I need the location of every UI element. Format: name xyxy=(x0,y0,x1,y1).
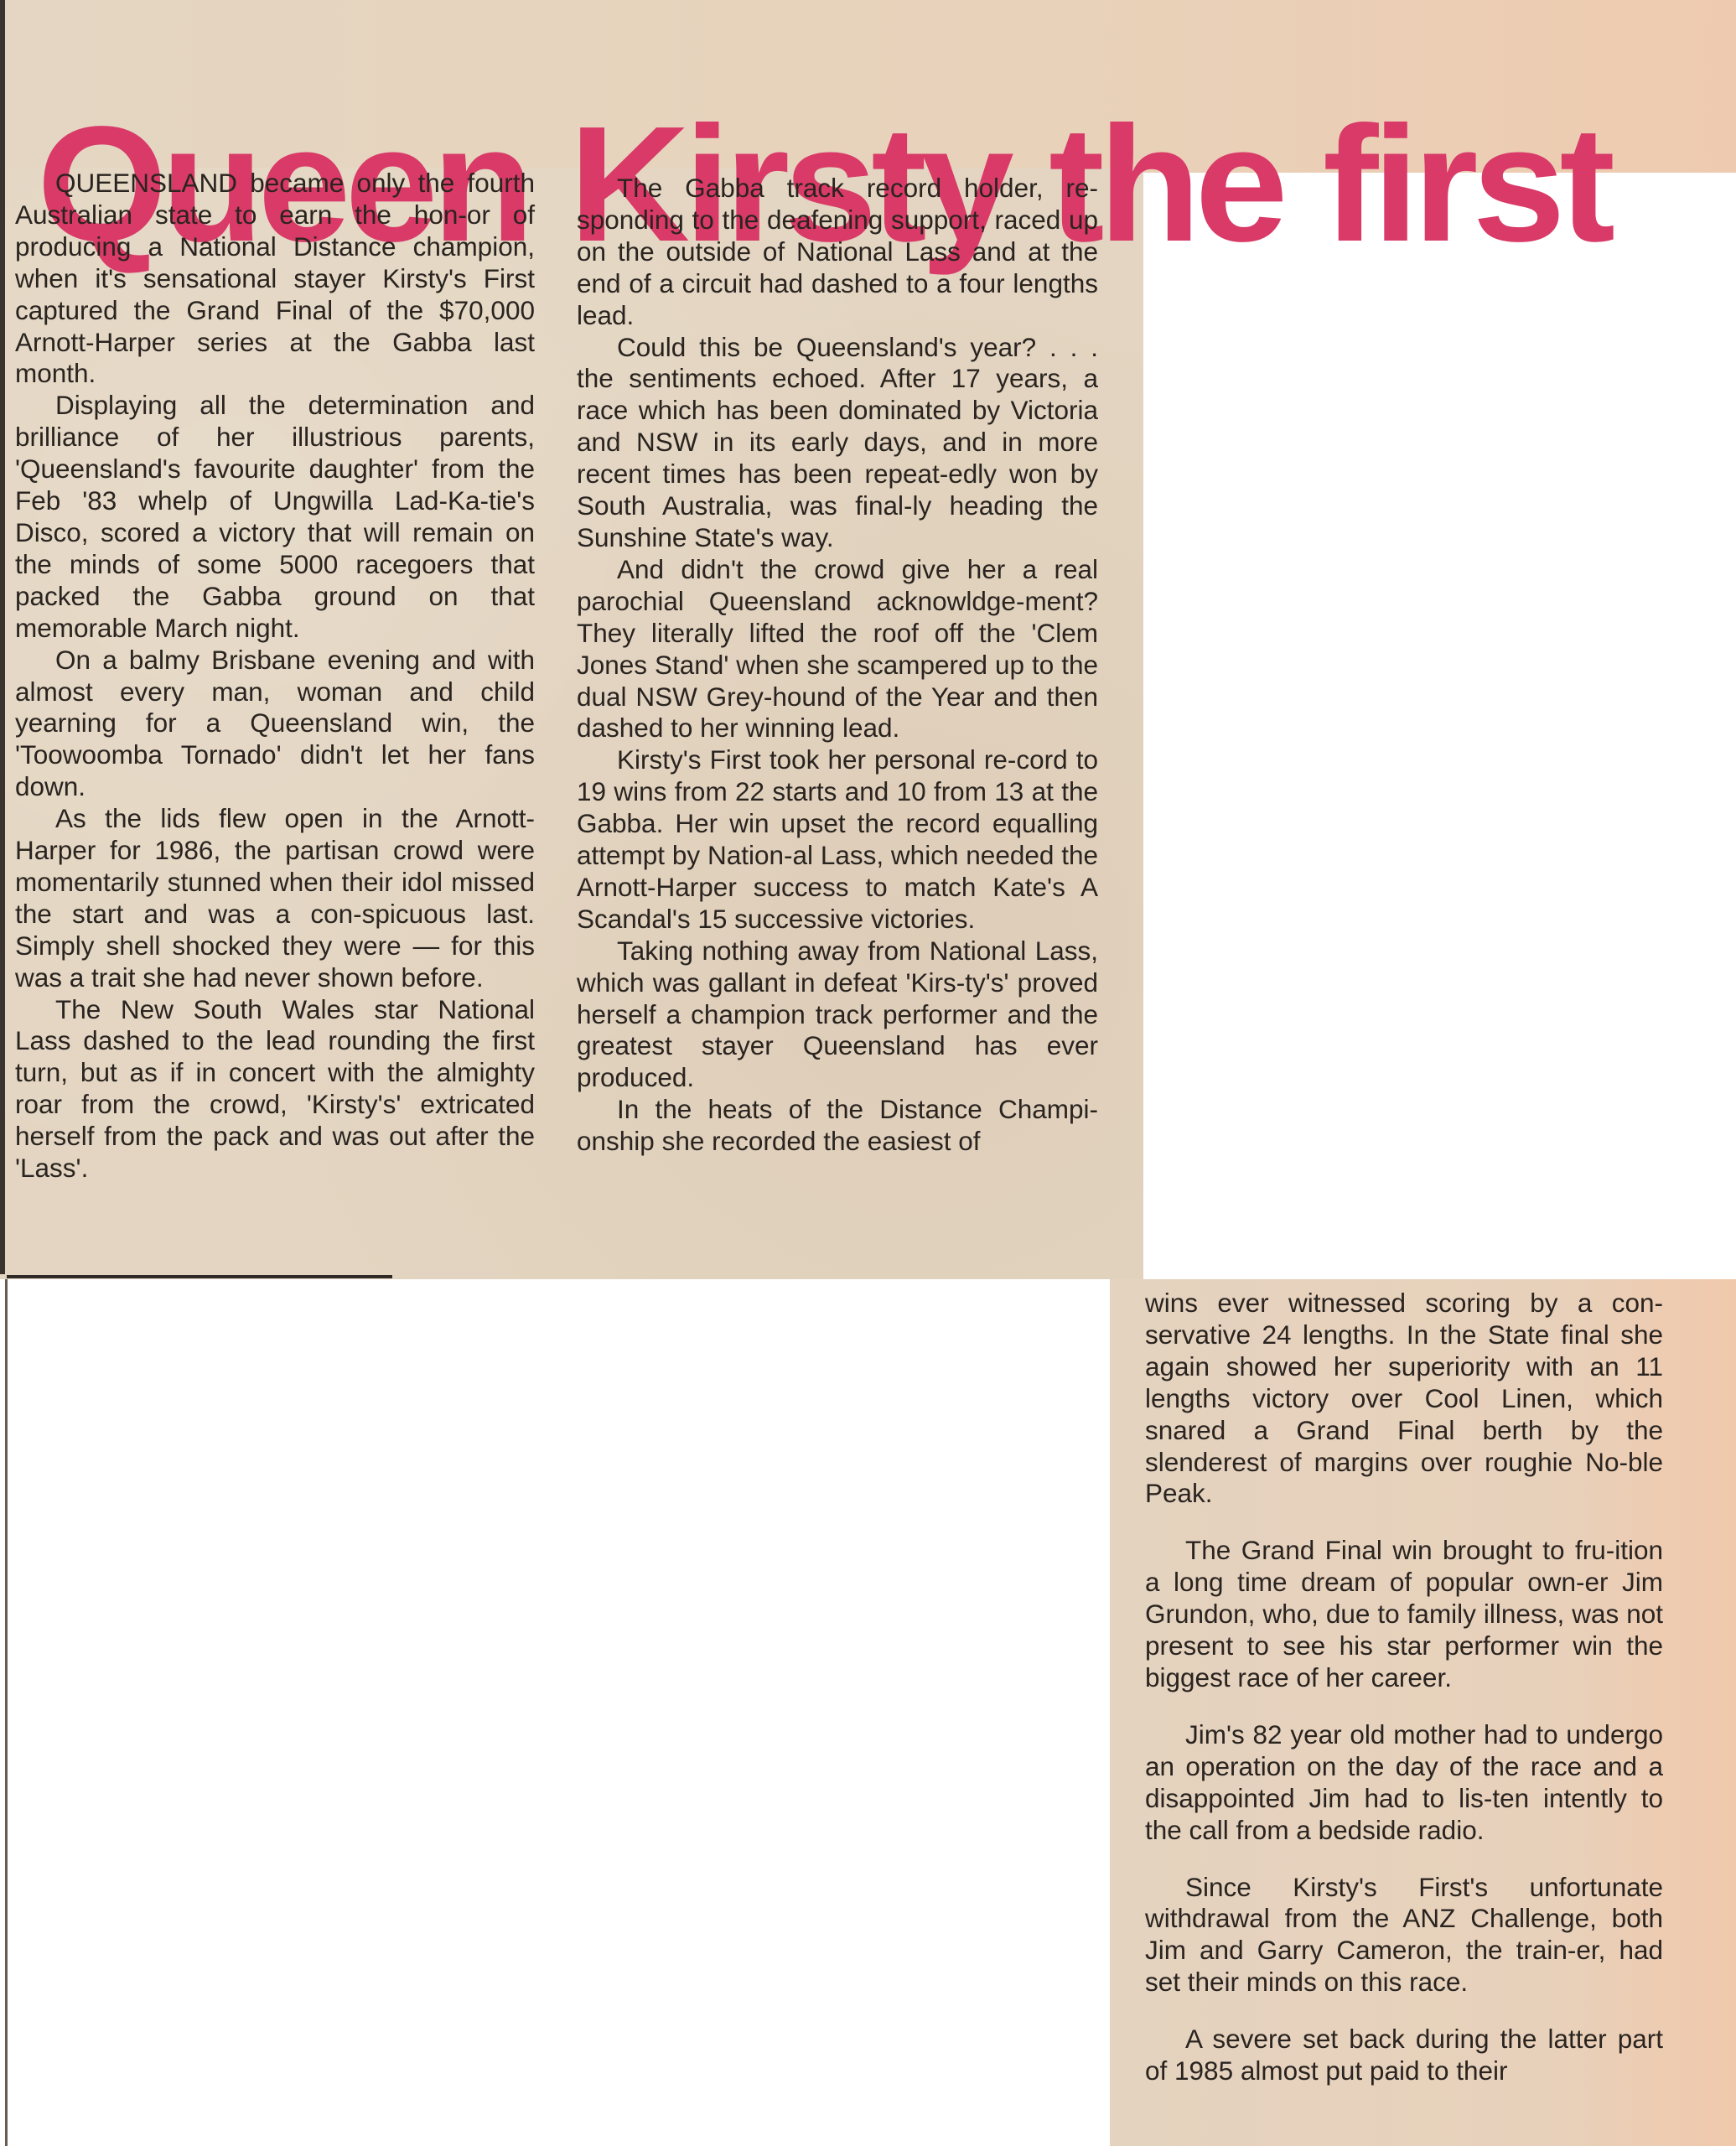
article-column-1: QUEENSLAND became only the fourth Austra… xyxy=(15,168,535,1184)
column-end-rule xyxy=(7,1275,392,1278)
paragraph: Could this be Queensland's year? . . . t… xyxy=(577,332,1098,554)
paragraph: QUEENSLAND became only the fourth Austra… xyxy=(15,168,535,390)
paragraph: On a balmy Brisbane evening and with alm… xyxy=(15,645,535,804)
paragraph: As the lids flew open in the Arnott-Harp… xyxy=(15,803,535,993)
left-border-rule-lower xyxy=(5,1279,8,2146)
paragraph: And didn't the crowd give her a real par… xyxy=(577,554,1098,744)
article-column-3: wins ever witnessed scoring by a con-ser… xyxy=(1145,1288,1663,2112)
article-column-2: The Gabba track record holder, re-spondi… xyxy=(577,173,1098,1158)
left-border-rule xyxy=(0,0,5,1274)
paragraph: The New South Wales star National Lass d… xyxy=(15,994,535,1184)
paragraph: The Gabba track record holder, re-spondi… xyxy=(577,173,1098,332)
paragraph: Displaying all the determination and bri… xyxy=(15,390,535,644)
paragraph: Since Kirsty's First's unfortunate withd… xyxy=(1145,1872,1663,1999)
paragraph: A severe set back during the latter part… xyxy=(1145,2024,1663,2087)
paragraph: Kirsty's First took her personal re-cord… xyxy=(577,744,1098,935)
paragraph: Jim's 82 year old mother had to undergo … xyxy=(1145,1719,1663,1847)
paragraph: The Grand Final win brought to fru-ition… xyxy=(1145,1535,1663,1694)
paragraph: Taking nothing away from National Lass, … xyxy=(577,936,1098,1095)
paragraph: wins ever witnessed scoring by a con-ser… xyxy=(1145,1288,1663,1510)
paragraph: In the heats of the Distance Champi-onsh… xyxy=(577,1094,1098,1158)
